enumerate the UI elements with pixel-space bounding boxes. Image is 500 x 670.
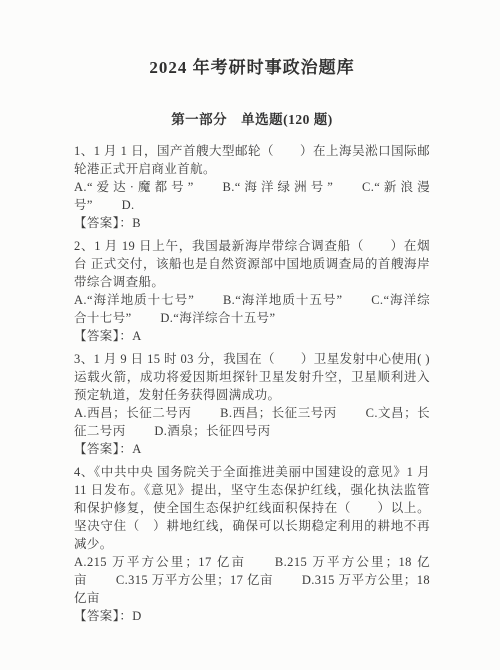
question-3-option-d: D.酒泉；长征四号丙 [154,424,270,438]
document-page: 2024 年考研时事政治题库 第一部分 单选题(120 题) 1、1 月 1 日… [0,0,500,670]
answer-value: A [132,442,141,456]
answer-label: 【答案】： [74,216,132,230]
question-1-text: 1、1 月 1 日，国产首艘大型邮轮（ ）在上海吴淞口国际邮轮港正式开启商业首航… [74,142,430,178]
answer-value: B [132,216,141,230]
question-3-text: 3、1 月 9 日 15 时 03 分，我国在（ ）卫星发射中心使用( )运载火… [74,350,430,404]
question-2-answer-line: 【答案】：A [74,327,430,345]
answer-label: 【答案】： [74,609,132,623]
answer-value: D [132,609,141,623]
question-4-option-c: C.315 万平方公里；17 亿亩 [116,573,273,587]
question-3-option-a: A.西昌；长征二号丙 [74,406,191,420]
answer-label: 【答案】： [74,329,132,343]
question-3-options: A.西昌；长征二号丙B.西昌；长征三号丙C.文昌；长征二号丙D.酒泉；长征四号丙 [74,404,430,440]
question-1-option-b: B.“海洋绿洲号” [222,180,333,194]
question-2-option-d: D.“海洋综合十五号” [160,311,275,325]
answer-label: 【答案】： [74,442,132,456]
answer-value: A [132,329,141,343]
question-4-option-a: A.215 万平方公里；17 亿亩 [74,555,246,569]
section-heading: 第一部分 单选题(120 题) [74,112,430,128]
question-3-answer-line: 【答案】：A [74,440,430,458]
question-4: 4、《中共中央 国务院关于全面推进美丽中国建设的意见》1 月 11 日发布。《意… [74,463,430,625]
question-4-text: 4、《中共中央 国务院关于全面推进美丽中国建设的意见》1 月 11 日发布。《意… [74,463,430,553]
question-1-options: A.“爱达·魔都号”B.“海洋绿洲号”C.“新浪漫号”D. [74,178,430,214]
question-1-option-a: A.“爱达·魔都号” [74,180,194,194]
question-2: 2、1 月 19 日上午，我国最新海岸带综合调查船（ ）在烟台 正式交付，该船也… [74,237,430,345]
question-2-option-b: B.“海洋地质十五号” [223,293,343,307]
question-1: 1、1 月 1 日，国产首艘大型邮轮（ ）在上海吴淞口国际邮轮港正式开启商业首航… [74,142,430,232]
question-2-text: 2、1 月 19 日上午，我国最新海岸带综合调查船（ ）在烟台 正式交付，该船也… [74,237,430,291]
question-4-options: A.215 万平方公里；17 亿亩B.215 万平方公里；18 亿亩C.315 … [74,553,430,607]
question-1-option-d: D. [122,198,135,212]
question-2-options: A.“海洋地质十七号”B.“海洋地质十五号”C.“海洋综合十七号”D.“海洋综合… [74,291,430,327]
question-3-option-b: B.西昌；长征三号丙 [220,406,337,420]
question-1-answer-line: 【答案】：B [74,214,430,232]
question-2-option-a: A.“海洋地质十七号” [74,293,194,307]
page-title: 2024 年考研时事政治题库 [74,57,430,79]
question-3: 3、1 月 9 日 15 时 03 分，我国在（ ）卫星发射中心使用( )运载火… [74,350,430,458]
question-4-answer-line: 【答案】：D [74,607,430,625]
